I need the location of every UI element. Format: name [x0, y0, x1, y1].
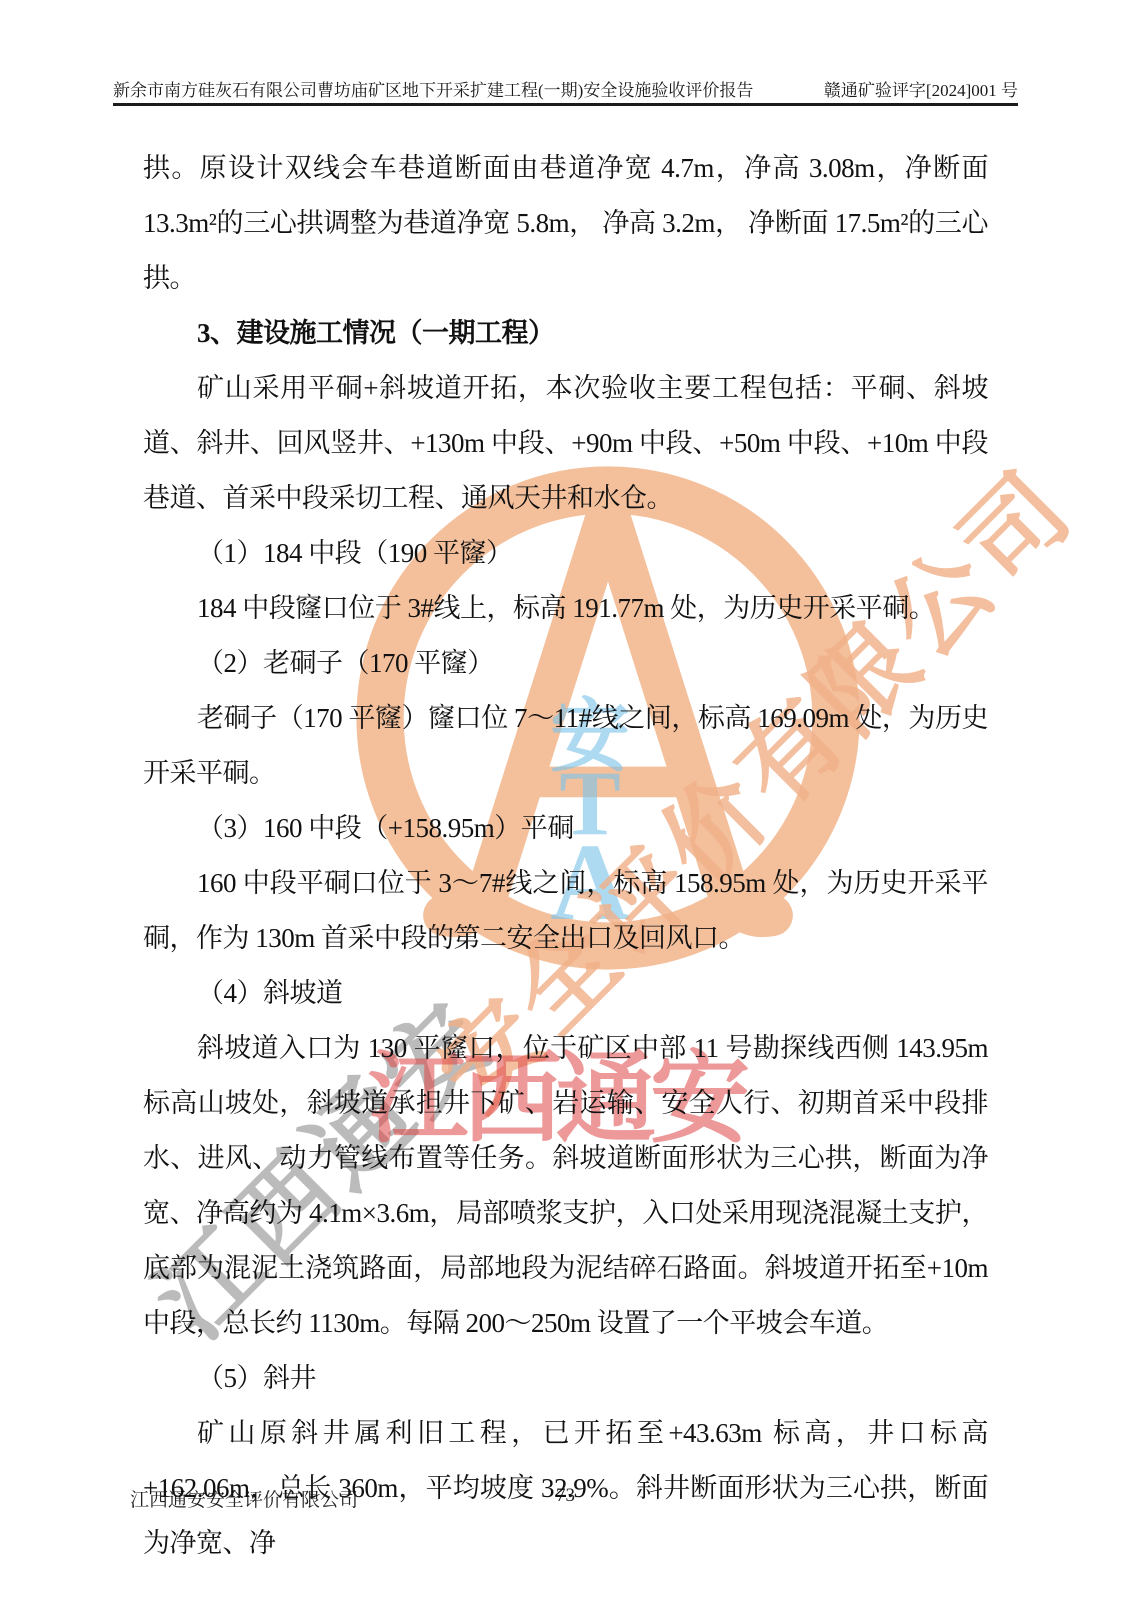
- paragraph-continues-next-page: 矿山原斜井属利旧工程，已开拓至+43.63m 标高，井口标高+162.06m，总…: [143, 1406, 988, 1571]
- page-header: 新余市南方硅灰石有限公司曹坊庙矿区地下开采扩建工程(一期)安全设施验收评价报告 …: [113, 76, 1018, 101]
- paragraph: 矿山采用平硐+斜坡道开拓，本次验收主要工程包括：平硐、斜坡道、斜井、回风竖井、+…: [143, 361, 988, 526]
- paragraph: 184 中段窿口位于 3#线上，标高 191.77m 处，为历史开采平硐。: [143, 581, 988, 636]
- paragraph-continuation: 拱。原设计双线会车巷道断面由巷道净宽 4.7m，净高 3.08m，净断面 13.…: [143, 141, 988, 306]
- document-body: 拱。原设计双线会车巷道断面由巷道净宽 4.7m，净高 3.08m，净断面 13.…: [143, 141, 988, 1571]
- subheading-4: （4）斜坡道: [143, 966, 988, 1021]
- header-document-number: 赣通矿验评字[2024]001 号: [824, 76, 1018, 101]
- subheading-5: （5）斜井: [143, 1351, 988, 1406]
- header-report-title: 新余市南方硅灰石有限公司曹坊庙矿区地下开采扩建工程(一期)安全设施验收评价报告: [113, 76, 753, 101]
- paragraph: 斜坡道入口为 130 平窿口，位于矿区中部 11 号勘探线西侧 143.95m …: [143, 1021, 988, 1351]
- document-page: { "page": { "header": { "left": "新余市南方硅灰…: [0, 0, 1131, 1600]
- paragraph: 160 中段平硐口位于 3～7#线之间，标高 158.95m 处，为历史开采平硐…: [143, 856, 988, 966]
- section-heading: 3、建设施工情况（一期工程）: [143, 306, 988, 361]
- paragraph: 老硐子（170 平窿）窿口位 7～11#线之间，标高 169.09m 处，为历史…: [143, 691, 988, 801]
- subheading-3: （3）160 中段（+158.95m）平硐: [143, 801, 988, 856]
- subheading-1: （1）184 中段（190 平窿）: [143, 526, 988, 581]
- header-rule: [113, 103, 1018, 106]
- subheading-2: （2）老硐子（170 平窿）: [143, 636, 988, 691]
